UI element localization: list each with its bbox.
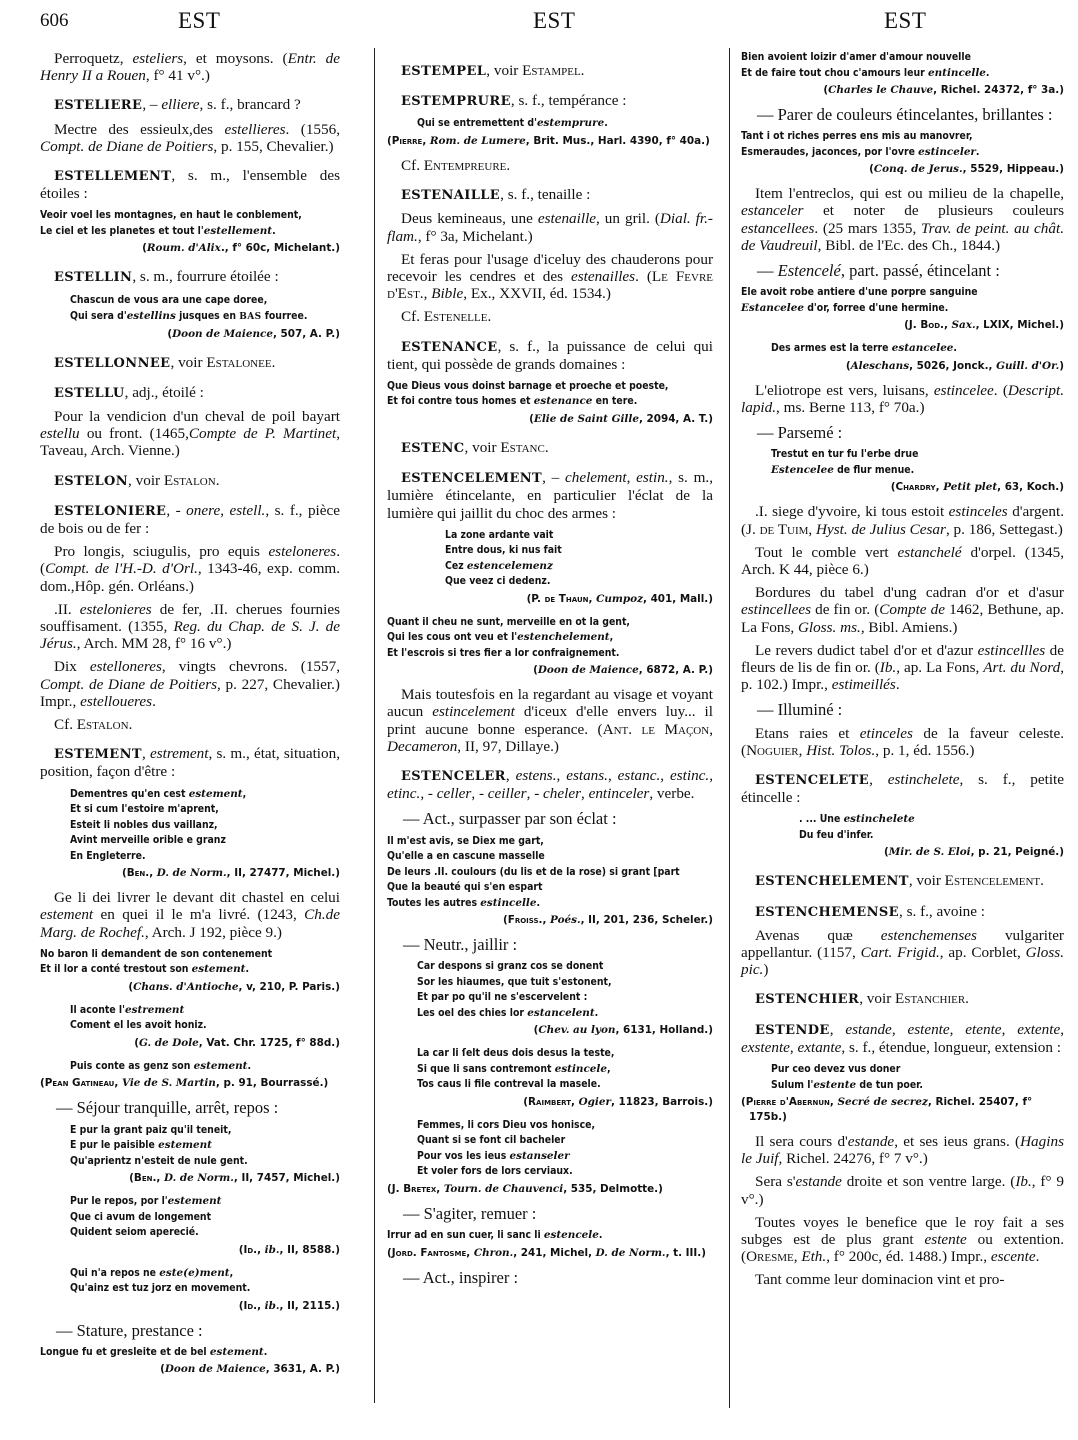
citation: (Jord. Fantosme, Chron., 241, Michel, D.… xyxy=(387,1246,713,1261)
citation: (Chardry, Petit plet, 63, Koch.) xyxy=(741,480,1064,495)
small-caps-text: Froiss xyxy=(508,914,539,926)
paragraph: Pour la vendicion d'un cheval de poil ba… xyxy=(40,408,340,460)
headword: ESTELLEMENT xyxy=(54,169,171,184)
italic-text: estelonieres xyxy=(80,601,152,618)
italic-text: estencelemenz xyxy=(467,560,553,572)
italic-text: este(e)ment xyxy=(159,1267,229,1279)
italic-text: exstente xyxy=(741,1039,790,1056)
italic-text: G. de Dole xyxy=(139,1037,199,1049)
italic-text: estincelee xyxy=(934,382,994,399)
verse-quote: Des armes est la terre estancelee. xyxy=(741,341,1064,357)
italic-text: Ogier xyxy=(579,1096,611,1108)
verse-quote: Il aconte l'estrementComent el les avoit… xyxy=(40,1003,340,1034)
italic-text: Compt. de l'H.-D. d'Orl. xyxy=(45,560,198,577)
citation: (Id., ib., II, 8588.) xyxy=(40,1243,340,1258)
dictionary-entry: ESTELIERE, – elliere, s. f., brancard ? xyxy=(40,96,340,114)
italic-text: estellement xyxy=(204,225,272,237)
dictionary-entry: ESTEMENT, estrement, s. m., état, situat… xyxy=(40,745,340,780)
paragraph: L'eliotrope est vers, luisans, estincele… xyxy=(741,382,1064,416)
headword: ESTENCHIER xyxy=(755,992,859,1007)
citation: (Chev. au lyon, 6131, Holland.) xyxy=(387,1023,713,1038)
headword: ESTELIERE xyxy=(54,98,142,113)
italic-text: Decameron xyxy=(387,738,457,755)
citation: (Roum. d'Alix., f° 60c, Michelant.) xyxy=(40,241,340,256)
italic-text: estinchelete xyxy=(844,813,915,825)
verse-quote: Quant il cheu ne sunt, merveille en ot l… xyxy=(387,615,713,662)
italic-text: estemprure xyxy=(537,117,604,129)
verse-quote: No baron li demandent de son contenement… xyxy=(40,947,340,978)
italic-text: Hyst. de Julius Cesar xyxy=(816,521,946,538)
italic-text: estenchelement xyxy=(517,631,609,643)
dictionary-entry: ESTENDE, estande, estente, etente, exten… xyxy=(741,1021,1064,1056)
paragraph: Mais toutesfois en la regardant au visag… xyxy=(387,686,713,755)
verse-quote: Qui se entremettent d'estemprure. xyxy=(387,116,713,132)
verse-quote: Bien avoient loizir d'amer d'amour nouve… xyxy=(741,50,1064,81)
dictionary-entry: ESTENCHIER, voir Estanchier. xyxy=(741,990,1064,1008)
italic-text: Reg. du Chap. de S. J. de Jérus. xyxy=(40,618,340,652)
small-caps-text: Estanchier xyxy=(895,990,965,1007)
dictionary-entry: ESTENANCE, s. f., la puissance de celui … xyxy=(387,338,713,373)
italic-text: estenaille xyxy=(538,210,596,227)
italic-text: Cumpoz xyxy=(596,593,643,605)
italic-text: estrement xyxy=(150,745,208,762)
dictionary-entry: ESTENAILLE, s. f., tenaille : xyxy=(387,186,713,204)
paragraph: Cf. Estalon. xyxy=(40,716,340,733)
paragraph: Mectre des essieulx,des estellieres. (15… xyxy=(40,121,340,155)
italic-text: estente xyxy=(925,1231,967,1248)
small-caps-text: Estenelle xyxy=(424,308,488,325)
paragraph: Cf. Entempreure. xyxy=(387,157,713,174)
italic-text: Chev. au lyon xyxy=(538,1024,615,1036)
italic-text: estement xyxy=(192,963,246,975)
citation: (J. Bod., Sax., LXIX, Michel.) xyxy=(741,318,1064,333)
italic-text: Compte de P. Martinet xyxy=(189,425,336,442)
dictionary-column-3: Bien avoient loizir d'amer d'amour nouve… xyxy=(741,50,1064,1295)
small-caps-text: Ben xyxy=(127,867,146,879)
italic-text: estanchelé xyxy=(898,544,962,561)
citation: (Mir. de S. Eloi, p. 21, Peigné.) xyxy=(741,845,1064,860)
italic-text: Compt. de Diane de Poitiers xyxy=(40,676,217,693)
italic-text: Mir. de S. Eloi xyxy=(889,846,971,858)
italic-text: extente xyxy=(1017,1021,1060,1038)
italic-text: Poés. xyxy=(550,914,581,926)
italic-text: Doon de Maience xyxy=(538,664,639,676)
dictionary-column-1: Perroquetz, esteliers, et moysons. (Entr… xyxy=(40,50,340,1385)
italic-text: Guill. d'Or. xyxy=(996,360,1059,372)
small-caps-text: Raimbert xyxy=(528,1096,571,1108)
paragraph: Il sera cours d'estande, et ses ieus gra… xyxy=(741,1133,1064,1167)
verse-quote: Puis conte as genz son estement. xyxy=(40,1059,340,1075)
sense-heading: — Parsemé : xyxy=(741,424,1064,441)
italic-text: estenchemenses xyxy=(881,927,977,944)
italic-text: Descript. lapid. xyxy=(741,382,1064,416)
sense-heading: — Illuminé : xyxy=(741,701,1064,718)
dictionary-entry: ESTENCELETE, estinchelete, s. f., petite… xyxy=(741,771,1064,806)
italic-text: estin. xyxy=(636,469,668,486)
headword: ESTELONIERE xyxy=(54,504,166,519)
citation: (Charles le Chauve, Richel. 24372, f° 3a… xyxy=(741,83,1064,98)
paragraph: Et feras pour l'usage d'iceluy des chaud… xyxy=(387,251,713,303)
italic-text: Aleschans xyxy=(851,360,910,372)
small-caps-text: Estanc xyxy=(500,439,544,456)
italic-text: Chron. xyxy=(474,1247,513,1259)
italic-text: estelloueres xyxy=(80,693,152,710)
small-caps-text: Jord. Fantosme xyxy=(392,1247,466,1259)
verse-quote: Femmes, li cors Dieu vos honisce,Quant s… xyxy=(387,1118,713,1180)
italic-text: Bible xyxy=(431,285,463,302)
italic-text: ib. xyxy=(265,1300,280,1312)
italic-text: Entr. de Henry II a Rouen xyxy=(40,50,340,84)
citation: (Conq. de Jerus., 5529, Hippeau.) xyxy=(741,162,1064,177)
italic-text: estente xyxy=(907,1021,949,1038)
paragraph: Toutes voyes le benefice que le roy fait… xyxy=(741,1214,1064,1266)
paragraph: Ge li dei livrer le devant dit chastel e… xyxy=(40,889,340,941)
italic-text: Charles le Chauve xyxy=(828,84,933,96)
citation: (Ben., D. de Norm., II, 7457, Michel.) xyxy=(40,1171,340,1186)
italic-text: Conq. de Jerus. xyxy=(874,163,963,175)
italic-text: Doon de Maience xyxy=(172,328,273,340)
italic-text: Art. du Nord xyxy=(983,659,1060,676)
italic-text: estincele xyxy=(555,1063,607,1075)
paragraph: Bordures du tabel d'ung cadran d'or et d… xyxy=(741,584,1064,636)
verse-quote: . ... Une estincheleteDu feu d'infer. xyxy=(741,812,1064,843)
italic-text: estinceler xyxy=(918,146,976,158)
italic-text: Elie de Saint Gille xyxy=(534,413,639,425)
sense-heading: — Parer de couleurs étincelantes, brilla… xyxy=(741,106,1064,123)
italic-text: onere xyxy=(186,502,220,519)
italic-text: estencele xyxy=(544,1229,599,1241)
dictionary-entry: ESTEMPRURE, s. f., tempérance : xyxy=(387,92,713,110)
small-caps-text: de Thaun xyxy=(545,593,589,605)
sense-heading: — Neutr., jaillir : xyxy=(387,936,713,953)
paragraph: Tant comme leur dominacion vint et pro- xyxy=(741,1271,1064,1288)
italic-text: estans. xyxy=(566,767,608,784)
italic-text: estimeillés xyxy=(832,676,896,693)
paragraph: Item l'entreclos, qui est ou milieu de l… xyxy=(741,185,1064,254)
italic-text: estanceler xyxy=(741,202,803,219)
citation: (Doon de Maience, 507, A. P.) xyxy=(40,327,340,342)
italic-text: Eth. xyxy=(801,1248,826,1265)
italic-text: estement xyxy=(158,1139,212,1151)
citation: (Elie de Saint Gille, 2094, A. T.) xyxy=(387,412,713,427)
verse-quote: Pur le repos, por l'estementQue ci avum … xyxy=(40,1194,340,1241)
verse-quote: Ele avoit robe antiere d'une porpre sang… xyxy=(741,285,1064,316)
running-head-right: EST xyxy=(884,8,926,34)
italic-text: ceiller xyxy=(488,785,527,802)
dictionary-entry: ESTENCHEMENSE, s. f., avoine : xyxy=(741,903,1064,921)
italic-text: estanseler xyxy=(510,1150,570,1162)
italic-text: estenance xyxy=(534,395,593,407)
small-caps-text: de Tuim xyxy=(760,521,809,538)
small-caps-text: Bretex xyxy=(403,1183,436,1195)
italic-text: Roum. d'Alix xyxy=(147,242,221,254)
italic-text: Estencelee xyxy=(771,464,834,476)
verse-quote: Qui n'a repos ne este(e)ment,Qu'ainz est… xyxy=(40,1266,340,1297)
paragraph: Pro longis, sciugulis, pro equis estelon… xyxy=(40,543,340,595)
running-head: 606 EST EST EST xyxy=(0,8,1078,38)
headword: ESTEMENT xyxy=(54,747,142,762)
small-caps-text: Id xyxy=(243,1300,253,1312)
paragraph: Deus kemineaus, une estenaille, un gril.… xyxy=(387,210,713,244)
italic-text: Doon de Maience xyxy=(165,1363,266,1375)
dictionary-entry: ESTENCHELEMENT, voir Estencelement. xyxy=(741,872,1064,890)
citation: (Doon de Maience, 3631, A. P.) xyxy=(40,1362,340,1377)
sense-heading: — Stature, prestance : xyxy=(40,1322,340,1339)
headword: ESTENCELETE xyxy=(755,773,869,788)
italic-text: estellins xyxy=(127,310,176,322)
italic-text: elliere xyxy=(161,96,199,113)
italic-text: esteliers xyxy=(133,50,184,67)
verse-quote: Que Dieus vous doinst barnage et proeche… xyxy=(387,379,713,410)
italic-text: etinc. xyxy=(387,785,420,802)
dictionary-column-2: ESTEMPEL, voir Estampel.ESTEMPRURE, s. f… xyxy=(387,50,713,1292)
italic-text: estement xyxy=(210,1346,264,1358)
headword: ESTELON xyxy=(54,474,128,489)
small-caps-text: Id xyxy=(243,1244,253,1256)
headword: ESTELLONNEE xyxy=(54,356,170,371)
italic-text: estincelle xyxy=(480,897,536,909)
italic-text: estincellees xyxy=(741,601,811,618)
small-caps-text: Chardry xyxy=(895,481,935,493)
paragraph: Cf. Estenelle. xyxy=(387,308,713,325)
italic-text: Compt. de Diane de Poitiers xyxy=(40,138,213,155)
italic-text: Ib. xyxy=(1015,1173,1031,1190)
italic-text: Vie de S. Martin xyxy=(122,1077,216,1089)
headword: ESTELLU xyxy=(54,386,125,401)
italic-text: Tourn. de Chauvenci xyxy=(444,1183,563,1195)
headword: ESTELLIN xyxy=(54,270,132,285)
sense-heading: — Act., inspirer : xyxy=(387,1269,713,1286)
italic-text: estincellles xyxy=(978,642,1045,659)
column-divider xyxy=(374,48,375,1403)
italic-text: entincelle xyxy=(928,67,986,79)
italic-text: estellieres xyxy=(225,121,286,138)
italic-text: Estancelee xyxy=(741,302,804,314)
italic-text: estande xyxy=(848,1133,894,1150)
small-caps-text: Pierre xyxy=(392,135,423,147)
small-caps-text: Ben xyxy=(134,1172,153,1184)
small-caps-text: Estencelement xyxy=(945,872,1040,889)
column-divider xyxy=(729,48,730,1408)
verse-quote: Pur ceo devez vus donerSulum l'estente d… xyxy=(741,1062,1064,1093)
citation: (P. de Thaun, Cumpoz, 401, Mall.) xyxy=(387,592,713,607)
paragraph: Dix estelloneres, vingts chevrons. (1557… xyxy=(40,658,340,710)
small-caps-text: Noguier xyxy=(746,742,799,759)
italic-text: estenailles xyxy=(571,268,635,285)
verse-quote: La zone ardante vaitEntre dous, ki nus f… xyxy=(387,528,713,590)
sense-heading: — S'agiter, remuer : xyxy=(387,1205,713,1222)
dictionary-entry: ESTELLIN, s. m., fourrure étoilée : xyxy=(40,268,340,286)
verse-quote: Chascun de vous ara une cape doree,Qui s… xyxy=(40,293,340,325)
headword: ESTENCELER xyxy=(401,769,506,784)
italic-text: cheler xyxy=(543,785,581,802)
dictionary-entry: ESTELLONNEE, voir Estalonee. xyxy=(40,354,340,372)
italic-text: Sax. xyxy=(952,319,976,331)
small-caps-text: Estalon xyxy=(77,716,129,733)
italic-text: D. de Norm. xyxy=(164,1172,234,1184)
verse-quote: Trestut en tur fu l'erbe drueEstencelee … xyxy=(741,447,1064,478)
italic-text: celler xyxy=(437,785,472,802)
headword: ESTENAILLE xyxy=(401,188,500,203)
paragraph: Tout le comble vert estanchelé d'orpel. … xyxy=(741,544,1064,578)
small-caps-text: Entempreure xyxy=(424,157,507,174)
italic-text: estens. xyxy=(516,767,557,784)
verse-quote: La car li ſelt deus dois desus la teste,… xyxy=(387,1046,713,1093)
italic-text: estellu xyxy=(40,425,80,442)
paragraph: Le revers dudict tabel d'or et d'azur es… xyxy=(741,642,1064,694)
italic-text: estinc. xyxy=(670,767,709,784)
paragraph: .I. siege d'yvoire, ki tous estoit estin… xyxy=(741,503,1064,537)
italic-text: estement xyxy=(194,1060,248,1072)
italic-text: estanc. xyxy=(618,767,661,784)
citation: (Pierre, Rom. de Lumere, Brit. Mus., Har… xyxy=(387,134,713,149)
italic-text: estande xyxy=(795,1173,841,1190)
small-caps-text: Oresme xyxy=(746,1248,794,1265)
citation: (Ben., D. de Norm., II, 27477, Michel.) xyxy=(40,866,340,881)
small-caps-text: Bod xyxy=(920,319,940,331)
citation: (Pierre d'Abernun, Secré de secrez, Rich… xyxy=(741,1095,1064,1125)
citation: (Pean Gatineau, Vie de S. Martin, p. 91,… xyxy=(40,1076,340,1091)
italic-text: esteloneres xyxy=(268,543,336,560)
page-number: 606 xyxy=(40,10,69,32)
headword: ESTENC xyxy=(401,441,465,456)
italic-text: chelement xyxy=(565,469,627,486)
small-caps-text: Ant. le Maçon xyxy=(603,721,710,738)
small-caps-text: Estampel xyxy=(522,62,581,79)
sense-heading: — Act., surpasser par son éclat : xyxy=(387,810,713,827)
italic-text: estinchelete xyxy=(888,771,960,788)
italic-text: Secré de secrez xyxy=(837,1096,927,1108)
paragraph: Perroquetz, esteliers, et moysons. (Entr… xyxy=(40,50,340,84)
headword: ESTENCHEMENSE xyxy=(755,905,899,920)
italic-text: Compte de xyxy=(879,601,945,618)
italic-text: Hagins le Juif xyxy=(741,1133,1064,1167)
verse-quote: Dementres qu'en cest estement,Et si cum … xyxy=(40,787,340,865)
italic-text: estement xyxy=(40,906,93,923)
verse-quote: Irrur ad en sun cuer, li sanc li estence… xyxy=(387,1228,713,1244)
italic-text: etinceles xyxy=(860,725,913,742)
sense-heading: — Estencelé, part. passé, étincelant : xyxy=(741,262,1064,279)
dictionary-entry: ESTELON, voir Estalon. xyxy=(40,472,340,490)
citation: (Aleschans, 5026, Jonck., Guill. d'Or.) xyxy=(741,359,1064,374)
italic-text: Petit plet xyxy=(943,481,997,493)
citation: (Raimbert, Ogier, 11823, Barrois.) xyxy=(387,1095,713,1110)
italic-text: estinceles xyxy=(949,503,1008,520)
headword: bas xyxy=(239,308,261,323)
italic-text: estente xyxy=(813,1079,856,1091)
italic-text: estement xyxy=(189,788,243,800)
verse-quote: E pur la grant paiz qu'il teneit,E pur l… xyxy=(40,1123,340,1170)
italic-text: estancellees xyxy=(741,220,814,237)
italic-text: estincelement xyxy=(432,703,515,720)
italic-text: D. de Norm. xyxy=(596,1247,666,1259)
verse-quote: Veoir voel les montagnes, en haut le con… xyxy=(40,208,340,239)
small-caps-text: Pierre d'Abernun xyxy=(746,1096,830,1108)
italic-text: Ib. xyxy=(880,659,896,676)
dictionary-entry: ESTELLEMENT, s. m., l'ensemble des étoil… xyxy=(40,167,340,202)
headword: ESTENANCE xyxy=(401,340,498,355)
italic-text: ib. xyxy=(265,1244,280,1256)
running-head-center: EST xyxy=(533,8,575,34)
italic-text: estancelee xyxy=(892,342,954,354)
italic-text: Gloss. ms. xyxy=(798,619,861,636)
italic-text: estande xyxy=(845,1021,891,1038)
verse-quote: Tant i ot riches perres ens mis au manov… xyxy=(741,129,1064,160)
citation: (J. Bretex, Tourn. de Chauvenci, 535, De… xyxy=(387,1182,713,1197)
dictionary-entry: ESTENC, voir Estanc. xyxy=(387,439,713,457)
small-caps-text: Pean Gatineau xyxy=(45,1077,115,1089)
paragraph: .II. estelonieres de fer, .II. cherues f… xyxy=(40,601,340,653)
headword: ESTEMPRURE xyxy=(401,94,511,109)
dictionary-entry: ESTELONIERE, - onere, estell., s. f., pi… xyxy=(40,502,340,537)
small-caps-text: Estalonee xyxy=(206,354,271,371)
paragraph: Sera s'estande droite et son ventre larg… xyxy=(741,1173,1064,1207)
italic-text: Chans. d'Antioche xyxy=(133,981,238,993)
sense-heading: — Séjour tranquille, arrêt, repos : xyxy=(40,1099,340,1116)
citation: (Doon de Maience, 6872, A. P.) xyxy=(387,663,713,678)
italic-text: D. de Norm. xyxy=(157,867,227,879)
citation: (Id., ib., II, 2115.) xyxy=(40,1299,340,1314)
headword: ESTENDE xyxy=(755,1023,830,1038)
headword: ESTEMPEL xyxy=(401,64,486,79)
italic-text: extante xyxy=(798,1039,842,1056)
verse-quote: Il m'est avis, se Diex me gart,Qu'elle a… xyxy=(387,834,713,912)
citation: (Chans. d'Antioche, v, 210, P. Paris.) xyxy=(40,980,340,995)
italic-text: Hist. Tolos. xyxy=(806,742,875,759)
italic-text: etente xyxy=(965,1021,1001,1038)
dictionary-entry: ESTENCELER, estens., estans., estanc., e… xyxy=(387,767,713,802)
italic-text: Cart. Frigid. xyxy=(861,944,940,961)
italic-text: estrement xyxy=(125,1004,184,1016)
citation: (G. de Dole, Vat. Chr. 1725, f° 88d.) xyxy=(40,1036,340,1051)
italic-text: estell. xyxy=(229,502,265,519)
dictionary-entry: ESTEMPEL, voir Estampel. xyxy=(387,62,713,80)
italic-text: estancelent xyxy=(527,1007,594,1019)
italic-text: entinceler xyxy=(589,785,650,802)
paragraph: Avenas quæ estenchemenses vulgariter app… xyxy=(741,927,1064,979)
headword: ESTENCELEMENT xyxy=(401,471,542,486)
verse-quote: Car despons si granz cos se donentSor le… xyxy=(387,959,713,1021)
small-caps-text: Estalon xyxy=(164,472,216,489)
italic-text: Rom. de Lumere xyxy=(430,135,526,147)
italic-text: escente xyxy=(991,1248,1036,1265)
citation: (Froiss., Poés., II, 201, 236, Scheler.) xyxy=(387,913,713,928)
dictionary-entry: ESTELLU, adj., étoilé : xyxy=(40,384,340,402)
dictionary-entry: ESTENCELEMENT, – chelement, estin., s. m… xyxy=(387,469,713,522)
headword: ESTENCHELEMENT xyxy=(755,874,909,889)
paragraph: Etans raies et etinceles de la faveur ce… xyxy=(741,725,1064,759)
verse-quote: Longue fu et gresleite et de bel estemen… xyxy=(40,1345,340,1361)
italic-text: estelloneres xyxy=(90,658,162,675)
running-head-left: EST xyxy=(178,8,220,34)
italic-text: estement xyxy=(168,1195,222,1207)
italic-text: Estencelé xyxy=(778,261,841,280)
